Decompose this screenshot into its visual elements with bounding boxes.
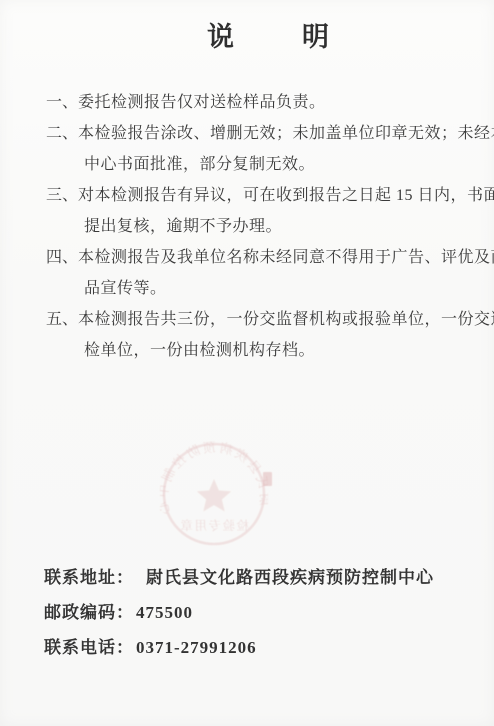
note-item-5: 五、 本检测报告共三份，一份交监督机构或报验单位，一份交送 检单位，一份由检测机… [46,304,478,366]
note-line: 品宣传等。 [78,273,477,304]
note-item-3: 三、 对本检测报告有异议，可在收到报告之日起 15 日内，书面 提出复核，逾期不… [46,180,478,242]
note-item-number: 二、 [46,118,78,149]
note-line: 中心书面批准，部分复制无效。 [78,149,477,180]
note-item-number: 一、 [46,87,78,118]
contact-phone-label: 联系电话： [44,638,134,657]
note-line: 本检测报告共三份，一份交监督机构或报验单位，一份交送 [78,304,477,335]
contact-address-label: 联系地址： [44,568,134,587]
note-line: 本检测报告及我单位名称未经同意不得用于广告、评优及商 [78,242,477,273]
note-line: 对本检测报告有异议，可在收到报告之日起 15 日内，书面 [78,180,477,211]
note-item-text: 本检验报告涂改、增删无效；未加盖单位印章无效；未经本 中心书面批准，部分复制无效… [78,118,477,180]
note-item-2: 二、 本检验报告涂改、增删无效；未加盖单位印章无效；未经本 中心书面批准，部分复… [46,118,478,180]
note-line: 检单位，一份由检测机构存档。 [78,335,477,366]
seal-bottom-text: 检验专用章 [179,518,249,533]
contact-address-row: 联系地址：尉氏县文化路西段疾病预防控制中心 [44,560,434,595]
contact-postal-label: 邮政编码： [44,603,134,622]
notes-list: 一、 委托检测报告仅对送检样品负责。 二、 本检验报告涂改、增删无效；未加盖单位… [46,87,478,366]
official-seal-bleedthrough: 尉氏县疾病预防控制中心 检验专用章 [160,440,268,548]
page-title: 说明 [207,22,397,52]
note-line: 提出复核，逾期不予办理。 [78,211,477,242]
seal-star-icon [197,479,231,512]
note-line: 本检验报告涂改、增删无效；未加盖单位印章无效；未经本 [78,118,477,149]
note-item-text: 本检测报告及我单位名称未经同意不得用于广告、评优及商 品宣传等。 [78,242,477,304]
contact-postal-row: 邮政编码：475500 [44,595,434,630]
note-item-text: 委托检测报告仅对送检样品负责。 [78,87,477,118]
contact-postal-value: 475500 [136,603,193,622]
note-item-text: 本检测报告共三份，一份交监督机构或报验单位，一份交送 检单位，一份由检测机构存档… [78,304,477,366]
note-item-text: 对本检测报告有异议，可在收到报告之日起 15 日内，书面 提出复核，逾期不予办理… [78,180,477,242]
seal-edge-smudge [263,472,272,486]
seal-graphic: 尉氏县疾病预防控制中心 检验专用章 [160,440,268,548]
note-item-number: 三、 [46,180,78,211]
note-item-number: 四、 [46,242,78,273]
note-item-number: 五、 [46,304,78,335]
note-item-1: 一、 委托检测报告仅对送检样品负责。 [46,87,478,118]
contact-block: 联系地址：尉氏县文化路西段疾病预防控制中心 邮政编码：475500 联系电话：0… [44,560,434,665]
scanned-document-page: 说明 一、 委托检测报告仅对送检样品负责。 二、 本检验报告涂改、增删无效；未加… [0,0,494,726]
contact-phone-value: 0371-27991206 [136,638,257,657]
note-item-4: 四、 本检测报告及我单位名称未经同意不得用于广告、评优及商 品宣传等。 [46,242,478,304]
contact-phone-row: 联系电话：0371-27991206 [44,630,434,665]
note-line: 委托检测报告仅对送检样品负责。 [78,87,477,118]
contact-address-value: 尉氏县文化路西段疾病预防控制中心 [146,568,434,587]
